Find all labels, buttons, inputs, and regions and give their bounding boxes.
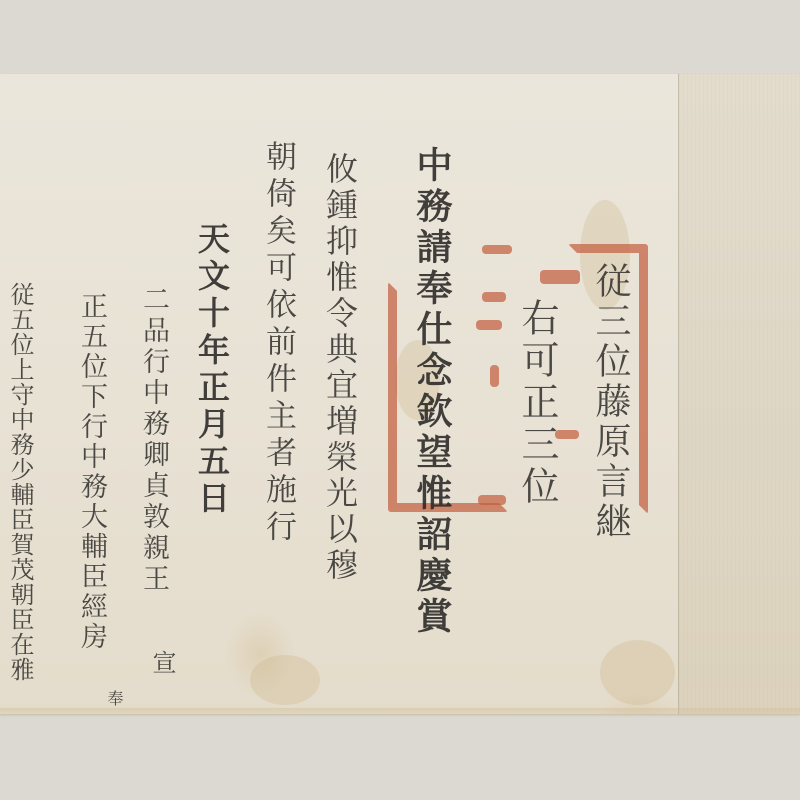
column-appointment: 右可正三位	[518, 298, 556, 508]
column-body-1: 攸鍾抑惟令典宜増榮光以穆	[324, 152, 356, 584]
official-1-suffix: 宣	[150, 650, 174, 678]
water-stain	[600, 640, 675, 705]
seal-fragment	[476, 320, 502, 330]
column-petition: 中務請奉仕念欽望惟詔慶賞	[414, 146, 450, 638]
seal-fragment	[540, 270, 580, 284]
official-2-suffix: 奉	[106, 690, 122, 710]
column-rank-recipient: 従三位藤原言継	[592, 262, 628, 542]
column-official-3: 従五位上守中務少輔臣賀茂朝臣在雅	[8, 282, 32, 682]
mounting-strip	[678, 74, 800, 714]
background: 従三位藤原言継 右可正三位 中務請奉仕念欽望惟詔慶賞 攸鍾抑惟令典宜増榮光以穆 …	[0, 0, 800, 800]
seal-fragment	[482, 245, 512, 254]
column-official-2: 正五位下行中務大輔臣經房	[78, 292, 105, 652]
column-date: 天文十年正月五日	[196, 222, 228, 518]
column-body-2: 朝倚矣可依前件主者施行	[262, 140, 293, 547]
water-stain	[250, 655, 320, 705]
seal-fragment	[478, 495, 506, 505]
seal-fragment	[482, 292, 506, 302]
seal-fragment	[490, 365, 499, 387]
column-official-1: 二品行中務卿貞敦親王	[140, 285, 167, 595]
